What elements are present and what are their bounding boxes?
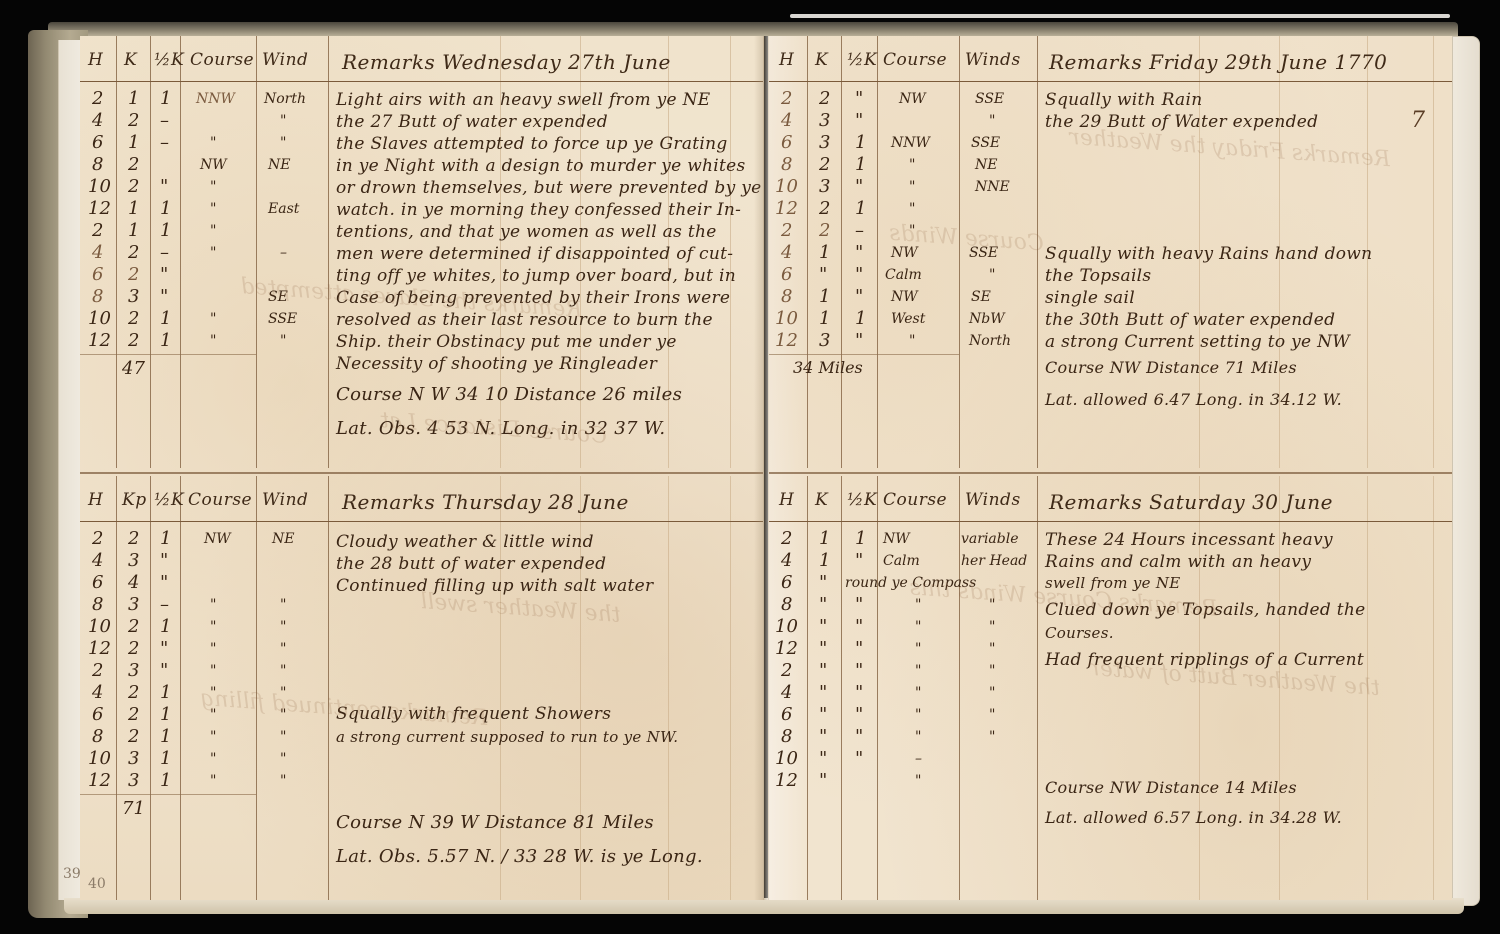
col-header-winds: Winds — [965, 50, 1021, 70]
col-header-course: Course — [883, 50, 947, 70]
latitude-longitude: Lat. allowed 6.47 Long. in 34.12 W. — [1045, 390, 1342, 409]
col-header-knots: Kp — [122, 490, 147, 510]
table-row: 10""– — [769, 748, 1452, 770]
table-row: 1031"" — [80, 748, 763, 770]
log-header: H K ½K Course Winds Remarks Friday 29th … — [769, 42, 1452, 82]
log-entry-saturday: H K ½K Course Winds Remarks Saturday 30 … — [769, 476, 1452, 900]
entry-title: Remarks Saturday 30 June — [1049, 490, 1333, 514]
col-header-course: Course — [883, 490, 947, 510]
table-row: 1021"" — [80, 616, 763, 638]
col-header-hour: H — [88, 50, 103, 70]
col-header-wind: Wind — [262, 50, 308, 70]
course-distance: Course NW Distance 14 Miles — [1045, 778, 1297, 797]
col-header-knots: K — [815, 50, 828, 70]
table-row: 22–" — [769, 220, 1452, 242]
col-header-knots: K — [124, 50, 137, 70]
col-header-knots: K — [815, 490, 828, 510]
table-row: 4"""" — [769, 682, 1452, 704]
left-page: H K ½K Course Wind Remarks Wednesday 27t… — [80, 36, 764, 900]
entry-title: Remarks Wednesday 27th June — [342, 50, 671, 74]
book-bottom-edge — [64, 898, 1464, 914]
stub-page-number: 39 — [63, 866, 81, 882]
right-page: H K ½K Course Winds Remarks Friday 29th … — [768, 36, 1452, 900]
table-row: 122""" — [80, 638, 763, 660]
distance-total: 34 Miles — [793, 358, 863, 377]
log-header: H K ½K Course Wind Remarks Wednesday 27t… — [80, 42, 763, 82]
table-row: 83–"" — [80, 594, 763, 616]
distance-total: 47 — [122, 358, 145, 379]
col-header-half-knots: ½K — [154, 50, 184, 70]
log-entry-wednesday: H K ½K Course Wind Remarks Wednesday 27t… — [80, 36, 763, 468]
entry-title: Remarks Thursday 28 June — [342, 490, 629, 514]
course-distance: Course N W 34 10 Distance 26 miles — [336, 384, 682, 405]
col-header-hour: H — [779, 50, 794, 70]
course-distance: Course NW Distance 71 Miles — [1045, 358, 1297, 377]
open-logbook: 39 H K ½K Course Wind Remarks Wednesday … — [28, 14, 1484, 918]
table-row: 103""NNE — [769, 176, 1452, 198]
table-row: 1221" — [769, 198, 1452, 220]
latitude-longitude: Lat. allowed 6.57 Long. in 34.28 W. — [1045, 808, 1342, 827]
table-row: 631NNWSSE — [769, 132, 1452, 154]
latitude-longitude: Lat. Obs. 5.57 N. / 33 28 W. is ye Long. — [336, 846, 703, 867]
col-header-half-knots: ½K — [154, 490, 184, 510]
table-row: 23""" — [80, 660, 763, 682]
col-header-wind: Wind — [262, 490, 308, 510]
right-page-stub — [1452, 36, 1480, 906]
col-header-hour: H — [779, 490, 794, 510]
col-header-half-knots: ½K — [847, 50, 877, 70]
table-row: 1231"" — [80, 770, 763, 792]
col-header-course: Course — [188, 490, 252, 510]
col-header-half-knots: ½K — [847, 490, 877, 510]
table-row: 8"""" — [769, 726, 1452, 748]
distance-total: 71 — [122, 798, 145, 819]
col-header-winds: Winds — [965, 490, 1021, 510]
log-entry-thursday: H Kp ½K Course Wind Remarks Thursday 28 … — [80, 476, 763, 900]
log-header: H K ½K Course Winds Remarks Saturday 30 … — [769, 482, 1452, 522]
log-header: H Kp ½K Course Wind Remarks Thursday 28 … — [80, 482, 763, 522]
latitude-longitude: Lat. Obs. 4 53 N. Long. in 32 37 W. — [336, 418, 665, 439]
table-row: 421"" — [80, 682, 763, 704]
entry-title: Remarks Friday 29th June 1770 — [1049, 50, 1387, 74]
log-entry-friday: H K ½K Course Winds Remarks Friday 29th … — [769, 36, 1452, 468]
page-number: 40 — [88, 876, 106, 892]
table-row: 6"""" — [769, 704, 1452, 726]
col-header-course: Course — [190, 50, 254, 70]
top-edge-strip — [790, 14, 1450, 18]
course-distance: Course N 39 W Distance 81 Miles — [336, 812, 654, 833]
col-header-hour: H — [88, 490, 103, 510]
table-row: 821"NE — [769, 154, 1452, 176]
margin-mark: 7 — [1411, 108, 1425, 133]
book-top-edge — [48, 22, 1458, 36]
